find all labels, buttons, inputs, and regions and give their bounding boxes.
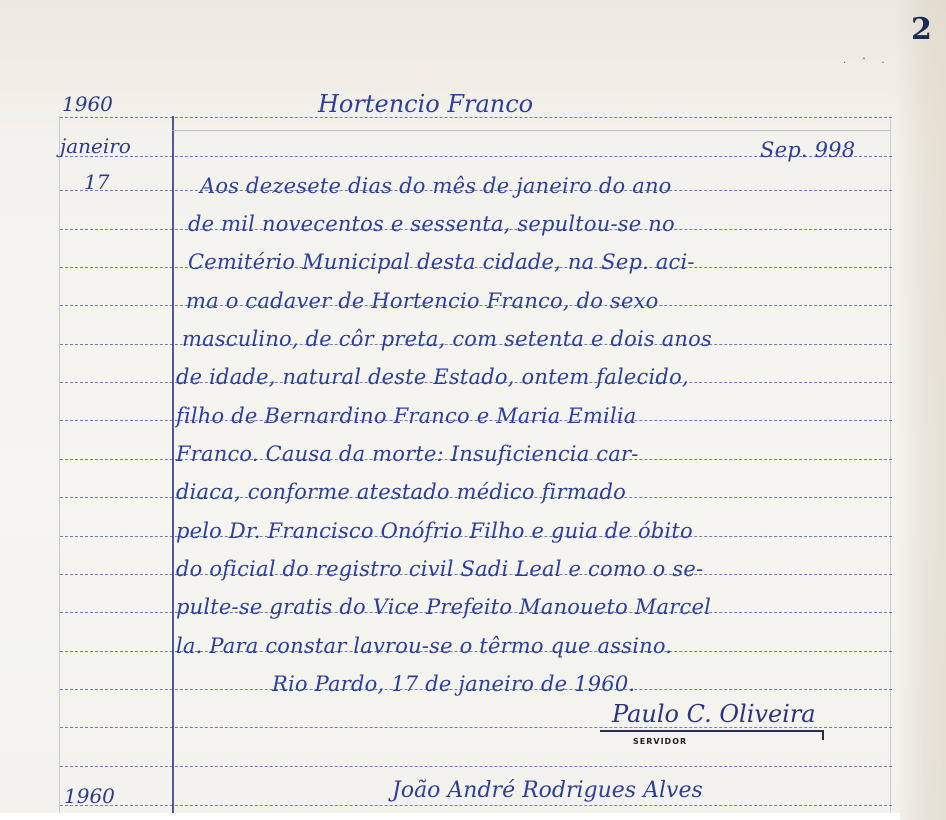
signature-underline-tick xyxy=(822,730,824,740)
sepultura-number: Sep. 998 xyxy=(760,140,855,161)
margin-divider-line xyxy=(172,116,174,820)
next-margin-year: 1960 xyxy=(64,786,115,806)
margin-day: 17 xyxy=(84,172,109,192)
entry-title: Hortencio Franco xyxy=(318,92,533,116)
left-margin-line xyxy=(59,116,60,820)
body-line: pulte-se gratis do Vice Prefeito Manouet… xyxy=(176,597,711,618)
body-line: la. Para constar lavrou-se o têrmo que a… xyxy=(176,636,672,657)
body-line: diaca, conforme atestado médico firmado xyxy=(176,482,626,503)
ledger-page: 2 · ˆ · 1960 janeiro 17 Hortencio Franco… xyxy=(0,0,946,820)
ruled-line xyxy=(172,130,890,131)
body-line: Franco. Causa da morte: Insuficiencia ca… xyxy=(176,444,639,465)
ruled-line xyxy=(60,805,892,806)
body-line: Cemitério Municipal desta cidade, na Sep… xyxy=(188,252,695,273)
body-line: do oficial do registro civil Sadi Leal e… xyxy=(176,559,703,580)
scan-bottom-edge xyxy=(0,813,900,820)
signature-underline xyxy=(600,730,824,732)
ruled-line xyxy=(60,766,892,767)
body-line: ma o cadaver de Hortencio Franco, do sex… xyxy=(186,291,658,312)
closing-place-date: Rio Pardo, 17 de janeiro de 1960. xyxy=(272,674,635,695)
body-line: filho de Bernardino Franco e Maria Emili… xyxy=(176,406,637,427)
page-number: 2 xyxy=(911,12,932,47)
page-edge-shadow xyxy=(894,0,946,820)
margin-month: janeiro xyxy=(60,136,131,156)
body-line: Aos dezesete dias do mês de janeiro do a… xyxy=(200,176,672,197)
body-line: pelo Dr. Francisco Onófrio Filho e guia … xyxy=(176,521,693,542)
body-line: de idade, natural deste Estado, ontem fa… xyxy=(176,367,689,388)
right-border-line xyxy=(890,116,891,820)
body-line: masculino, de côr preta, com setenta e d… xyxy=(182,329,712,350)
signature: Paulo C. Oliveira xyxy=(612,702,816,726)
margin-year: 1960 xyxy=(62,94,113,114)
paper-specks: · ˆ · xyxy=(843,58,891,69)
official-stamp: SERVIDOR xyxy=(633,737,687,746)
body-line: de mil novecentos e sessenta, sepultou-s… xyxy=(188,214,675,235)
next-entry-title: João André Rodrigues Alves xyxy=(392,780,703,802)
